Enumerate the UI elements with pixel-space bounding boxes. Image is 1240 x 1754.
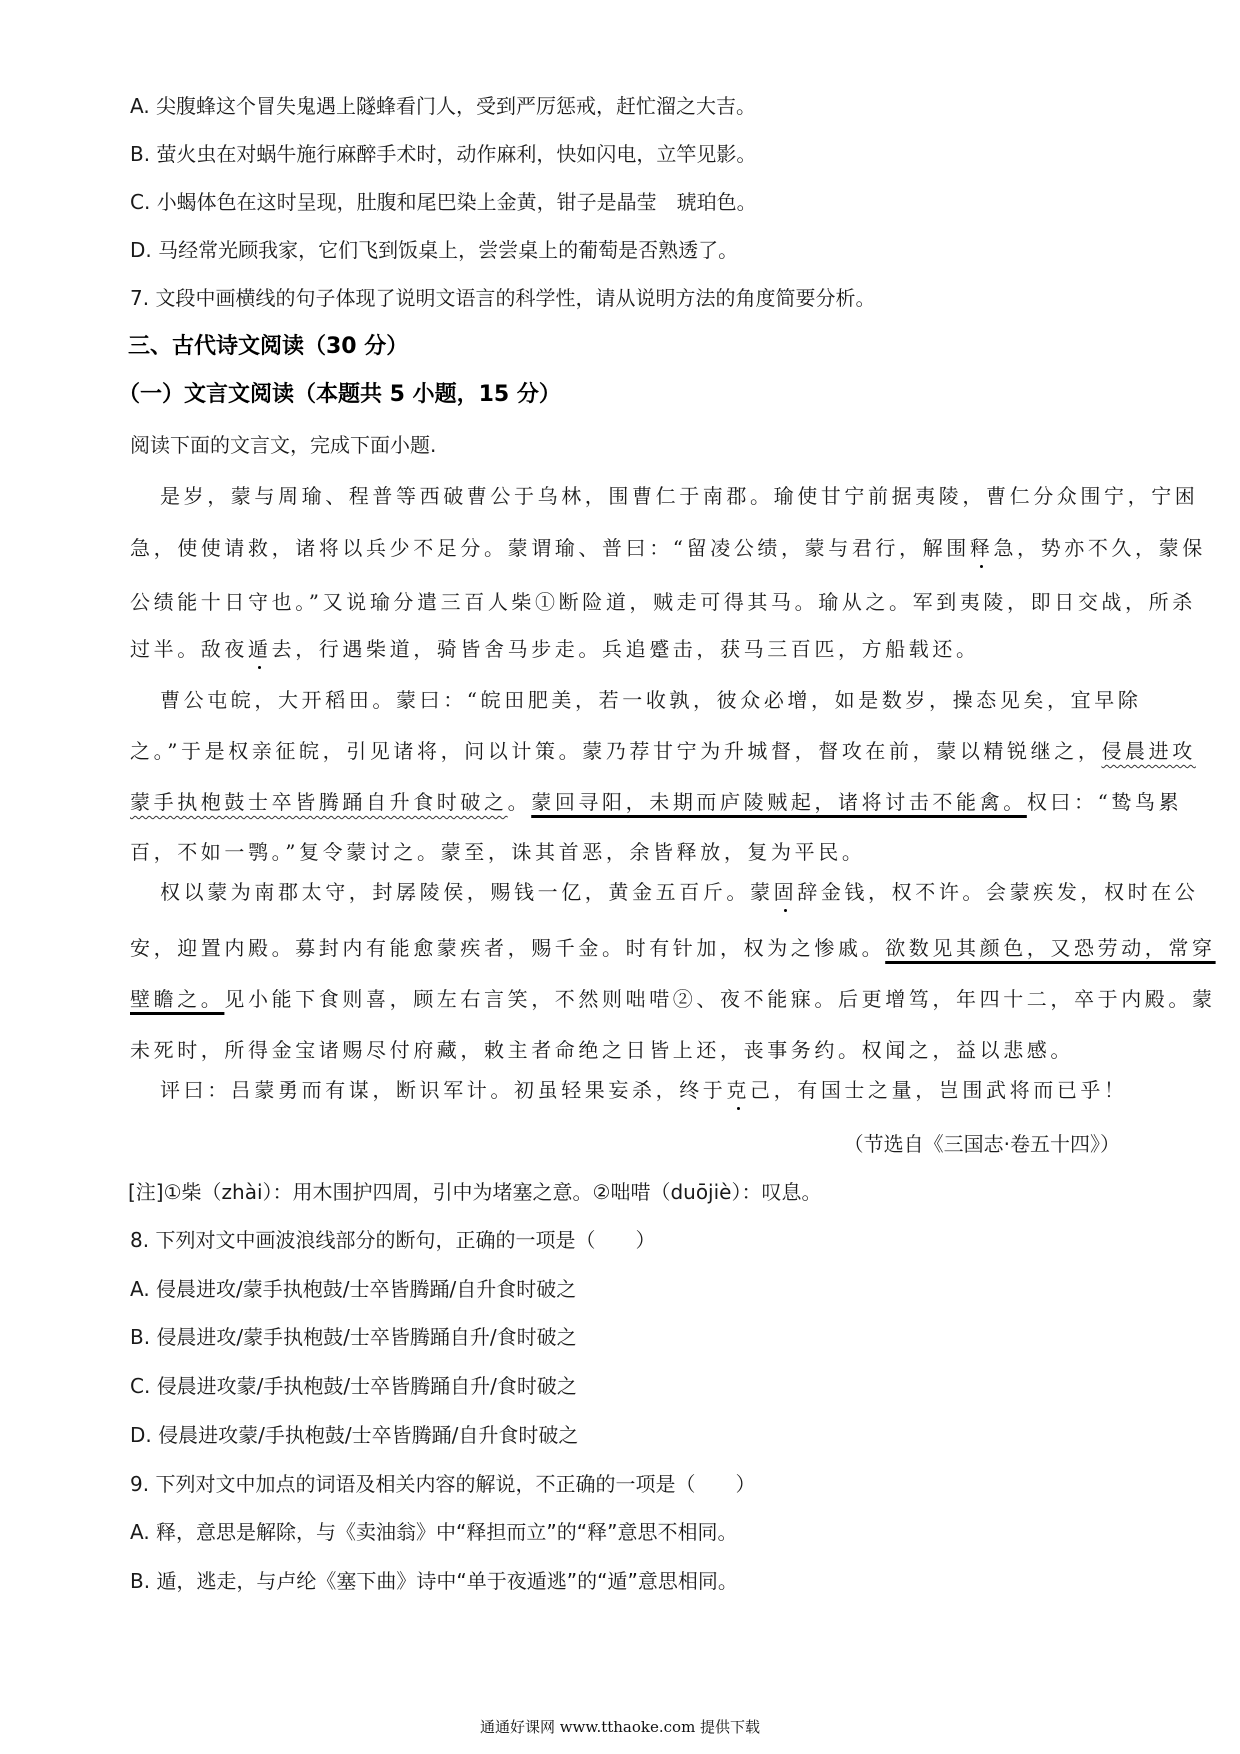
exam-page: A. 尖腹蜂这个冒失鬼遇上隧蜂看门人，受到严厉惩戒，赶忙溜之大吉。 B. 萤火虫…	[0, 0, 1240, 1754]
option-text: 尖腹蜂这个冒失鬼遇上隧蜂看门人，受到严厉惩戒，赶忙溜之大吉。	[156, 94, 756, 118]
passage-p3-line2: 安，迎置内殿。募封内有能愈蒙疾者，赐千金。时有针加，权为之惨戚。欲数见其颜色，又…	[130, 934, 1216, 962]
passage-p3-line3: 壁瞻之。见小能下食则喜，顾左右言笑，不然则咄唶②、夜不能寐。后更增笃，年四十二，…	[130, 985, 1216, 1013]
option-text: 小蝎体色在这时呈现，肚腹和尾巴染上金黄，钳子是晶莹 琥珀色。	[157, 190, 757, 214]
option-text: 马经常光顾我家，它们飞到饭桌上，尝尝桌上的葡萄是否熟透了。	[158, 238, 738, 262]
q6-option-c: C. 小蝎体色在这时呈现，肚腹和尾巴染上金黄，钳子是晶莹 琥珀色。	[130, 188, 757, 216]
dotted-char-ke: 克	[726, 1076, 750, 1104]
passage-p2-line1: 曹公屯皖，大开稻田。蒙曰：“皖田肥美，若一收孰，彼众必增，如是数岁，操态见矣，宜…	[160, 686, 1141, 714]
instruction: 阅读下面的文言文，完成下面小题.	[130, 431, 436, 459]
q8-option-a: A. 侵晨进攻/蒙手执枹鼓/士卒皆腾踊/自升食时破之	[130, 1275, 576, 1303]
option-text: 侵晨进攻蒙/手执枹鼓/士卒皆腾踊/自升食时破之	[158, 1423, 578, 1447]
q8-option-c: C. 侵晨进攻蒙/手执枹鼓/士卒皆腾踊自升/食时破之	[130, 1372, 577, 1400]
dotted-char-gu: 固	[774, 878, 798, 906]
option-label: D.	[130, 238, 152, 262]
dotted-char-shi: 释	[970, 534, 994, 562]
q6-option-a: A. 尖腹蜂这个冒失鬼遇上隧蜂看门人，受到严厉惩戒，赶忙溜之大吉。	[130, 92, 756, 120]
passage-p1-line4: 过半。敌夜遁去，行遇柴道，骑皆舍马步走。兵追蹙击，获马三百匹，方船载还。	[130, 635, 980, 663]
solid-underline-sentence: 壁瞻之。	[130, 987, 224, 1011]
option-text: 萤火虫在对蜗牛施行麻醉手术时，动作麻利，快如闪电，立竿见影。	[156, 142, 756, 166]
option-text: 侵晨进攻蒙/手执枹鼓/士卒皆腾踊自升/食时破之	[157, 1374, 577, 1398]
passage-p1-line3: 公绩能十日守也。”又说瑜分遣三百人柴①断险道，贼走可得其马。瑜从之。军到夷陵，即…	[130, 588, 1196, 616]
q9-option-b: B. 遁，逃走，与卢纶《塞下曲》诗中“单于夜遁逃”的“遁”意思相同。	[130, 1567, 738, 1595]
q6-option-d: D. 马经常光顾我家，它们飞到饭桌上，尝尝桌上的葡萄是否熟透了。	[130, 236, 738, 264]
page-footer: 通通好课网 www.tthaoke.com 提供下载	[0, 1716, 1240, 1737]
option-text: 释，意思是解除，与《卖油翁》中“释担而立”的“释”意思不相同。	[156, 1520, 737, 1544]
passage-p1-line1: 是岁，蒙与周瑜、程普等西破曹公于乌林，围曹仁于南郡。瑜使甘宁前据夷陵，曹仁分众围…	[160, 482, 1198, 510]
q8-option-d: D. 侵晨进攻蒙/手执枹鼓/士卒皆腾踊/自升食时破之	[130, 1421, 578, 1449]
annotation-notes: [注]①柴（zhài）：用木围护四周，引中为堵塞之意。②咄唶（duōjiè）：叹…	[128, 1178, 821, 1206]
solid-underline-sentence: 欲数见其颜色，又恐劳动，常穿	[885, 936, 1215, 960]
passage-p2-line4: 百，不如一鹗。”复令蒙讨之。蒙至，诛其首恶，余皆释放，复为平民。	[130, 838, 865, 866]
option-label: B.	[130, 1569, 150, 1593]
q6-option-b: B. 萤火虫在对蜗牛施行麻醉手术时，动作麻利，快如闪电，立竿见影。	[130, 140, 756, 168]
option-text: 侵晨进攻/蒙手执枹鼓/士卒皆腾踊自升/食时破之	[156, 1325, 576, 1349]
passage-source: （节选自《三国志·卷五十四》）	[844, 1130, 1120, 1158]
option-label: D.	[130, 1423, 152, 1447]
option-label: A.	[130, 1277, 150, 1301]
option-label: A.	[130, 94, 150, 118]
option-text: 遁，逃走，与卢纶《塞下曲》诗中“单于夜遁逃”的“遁”意思相同。	[156, 1569, 737, 1593]
passage-p4-line1: 评曰：吕蒙勇而有谋，断识军计。初虽轻果妄杀，终于克己，有国士之量，岂围武将而已乎…	[160, 1076, 1128, 1104]
dotted-char-dun: 遁	[248, 635, 272, 663]
question-8-stem: 8. 下列对文中画波浪线部分的断句，正确的一项是（ ）	[130, 1226, 655, 1254]
passage-p3-line1: 权以蒙为南郡太守，封孱陵侯，赐钱一亿，黄金五百斤。蒙固辞金钱，权不许。会蒙疾发，…	[160, 878, 1198, 906]
section-title: 三、古代诗文阅读（30 分）	[128, 333, 408, 361]
option-text: 侵晨进攻/蒙手执枹鼓/士卒皆腾踊/自升食时破之	[156, 1277, 576, 1301]
question-9-stem: 9. 下列对文中加点的词语及相关内容的解说，不正确的一项是（ ）	[130, 1470, 755, 1498]
solid-underline-sentence: 蒙回寻阳，未期而庐陵贼起，诸将讨击不能禽。	[531, 790, 1027, 814]
subsection-title: （一）文言文阅读（本题共 5 小题，15 分）	[118, 381, 561, 409]
passage-p1-line2: 急，使使请救，诸将以兵少不足分。蒙谓瑜、普曰：“留凌公绩，蒙与君行，解围释急，势…	[130, 534, 1206, 562]
option-label: C.	[130, 1374, 150, 1398]
q8-option-b: B. 侵晨进攻/蒙手执枹鼓/士卒皆腾踊自升/食时破之	[130, 1323, 577, 1351]
option-label: B.	[130, 142, 150, 166]
option-label: C.	[130, 190, 150, 214]
question-7: 7. 文段中画横线的句子体现了说明文语言的科学性，请从说明方法的角度简要分析。	[130, 284, 875, 312]
option-label: A.	[130, 1520, 150, 1544]
q9-option-a: A. 释，意思是解除，与《卖油翁》中“释担而立”的“释”意思不相同。	[130, 1518, 738, 1546]
option-label: B.	[130, 1325, 150, 1349]
wavy-underline-segment: 蒙手执枹鼓士卒皆腾踊自升食时破之	[130, 790, 508, 814]
passage-p2-line3: 蒙手执枹鼓士卒皆腾踊自升食时破之。蒙回寻阳，未期而庐陵贼起，诸将讨击不能禽。权曰…	[130, 788, 1182, 816]
wavy-underline-segment: 侵晨进攻	[1101, 739, 1195, 763]
passage-p2-line2: 之。”于是权亲征皖，引见诸将，问以计策。蒙乃荐甘宁为升城督，督攻在前，蒙以精锐继…	[130, 737, 1196, 765]
passage-p3-line4: 未死时，所得金宝诸赐尽付府藏，敕主者命绝之日皆上还，丧事务约。权闻之，益以悲感。	[130, 1036, 1074, 1064]
